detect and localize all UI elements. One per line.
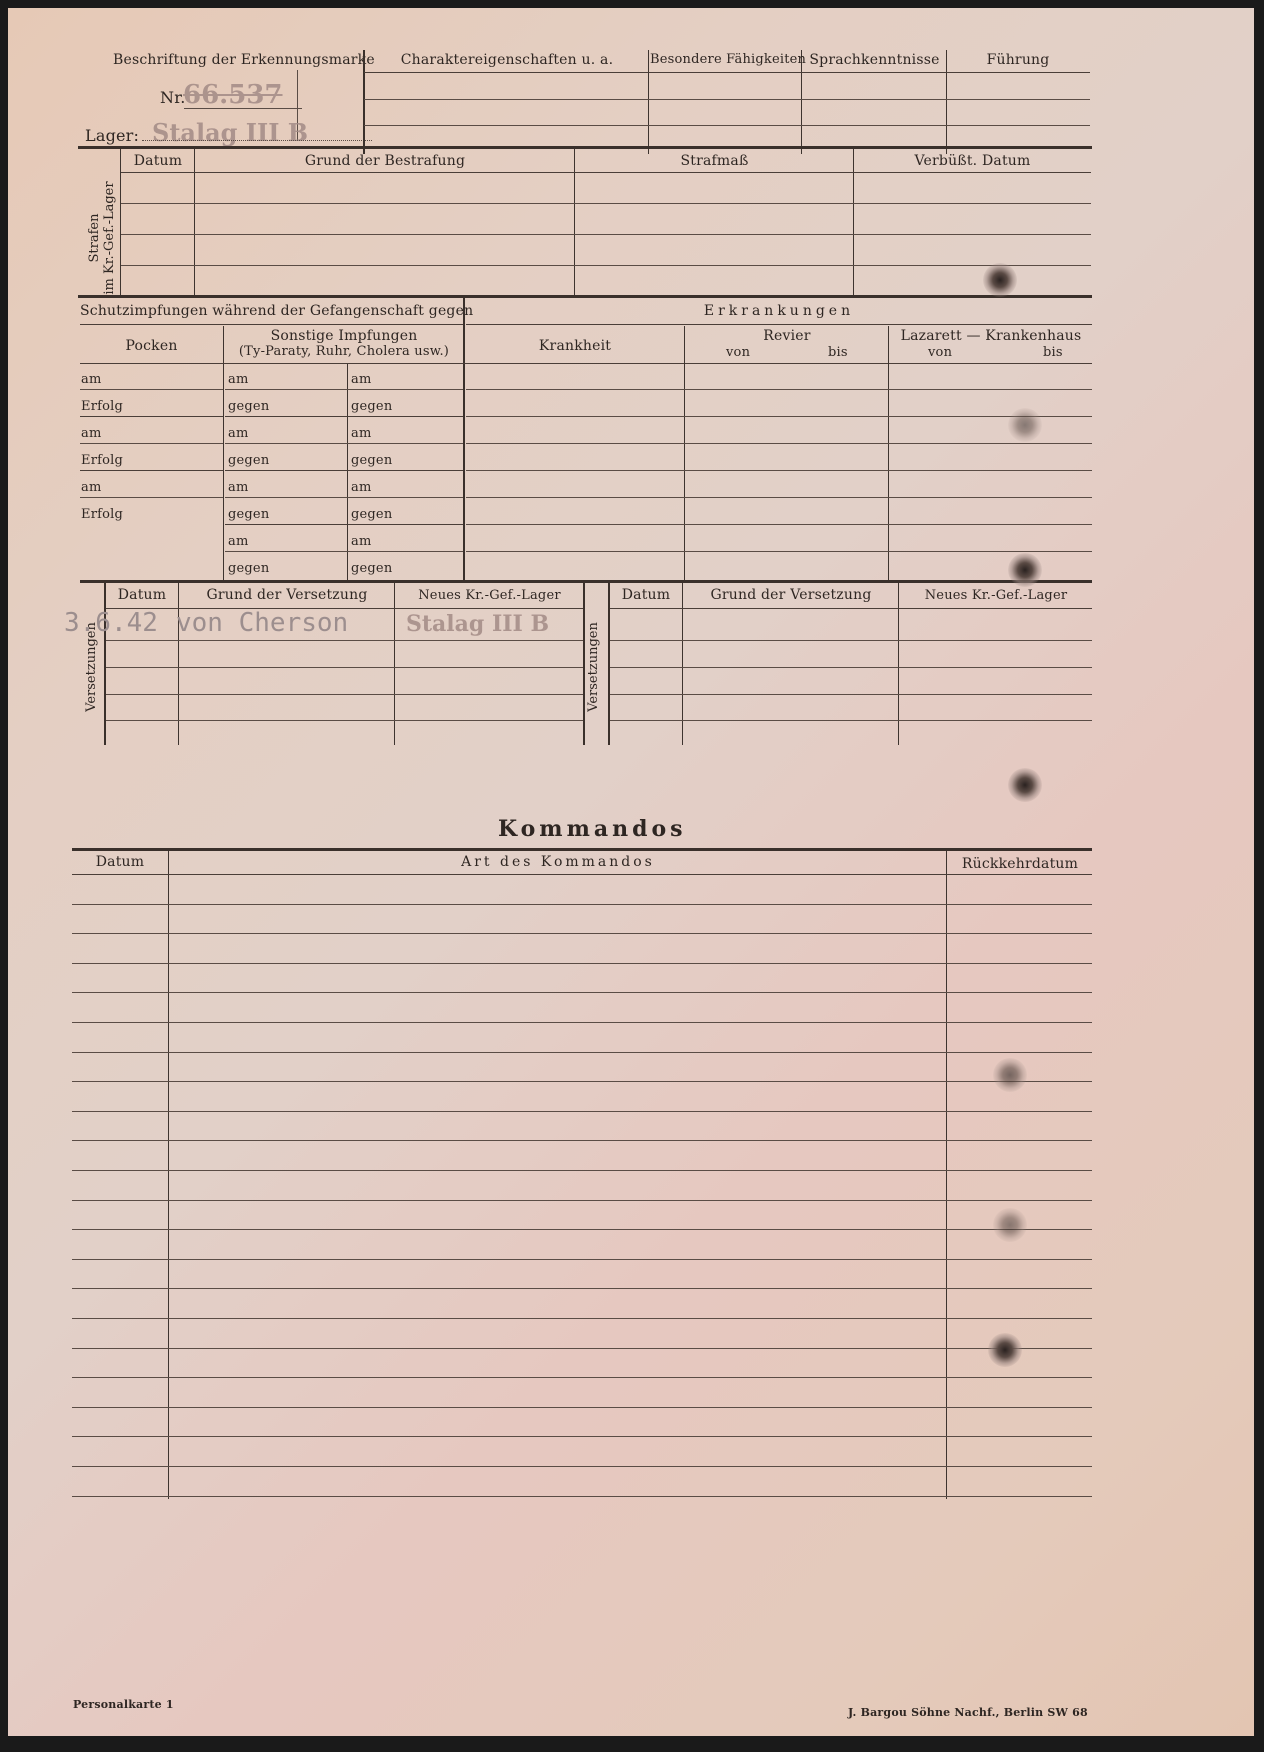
kommando-row-line	[72, 1377, 1092, 1378]
kommando-row-line	[72, 1229, 1092, 1230]
illness-title: Erkrankungen	[466, 303, 1092, 319]
kommando-row-line	[72, 1022, 1092, 1023]
punishments-side-label: Strafen im Kr.-Gef.-Lager	[87, 168, 119, 308]
nr-label: Nr.	[160, 88, 186, 107]
transfer-header-reason: Grund der Versetzung	[180, 587, 394, 603]
pocken-row: Erfolg	[81, 453, 123, 468]
transfer-camp[interactable]: Stalag III B	[406, 611, 549, 637]
tag-label: Beschriftung der Erkennungsmarke	[113, 52, 375, 68]
vacc-b-row: gegen	[351, 561, 392, 576]
vacc-b-row: am	[351, 426, 371, 441]
section-rule	[72, 848, 1092, 851]
row-line	[106, 694, 583, 695]
kommando-header-datum: Datum	[72, 854, 168, 870]
divider	[347, 364, 348, 580]
row-line	[225, 443, 463, 444]
header-abilities: Besondere Fähigkeiten	[650, 52, 801, 67]
row-line	[466, 551, 1092, 552]
divider	[946, 851, 947, 1499]
pocken-row: Erfolg	[81, 399, 123, 414]
row-line	[80, 389, 223, 390]
header-character: Charaktereigenschaften u. a.	[366, 52, 648, 68]
pocken-row: Erfolg	[81, 507, 123, 522]
vacc-b-row: gegen	[351, 507, 392, 522]
vacc-a-row: am	[228, 480, 248, 495]
pocken-row: am	[81, 372, 101, 387]
row-line	[225, 551, 463, 552]
punch-hole	[988, 1333, 1022, 1367]
header-reason: Grund der Bestrafung	[196, 153, 574, 169]
section-rule	[80, 580, 1092, 583]
row-line	[80, 443, 223, 444]
section-rule	[78, 146, 1092, 149]
transfer-header-reason: Grund der Versetzung	[684, 587, 898, 603]
infirmary-from: von	[726, 345, 750, 360]
kommando-row-line	[72, 1200, 1092, 1201]
row-line	[121, 265, 1091, 266]
transfer-reason[interactable]: von Cherson	[176, 608, 348, 638]
nr-underline	[184, 108, 302, 109]
printer-imprint: J. Bargou Söhne Nachf., Berlin SW 68	[848, 1706, 1088, 1719]
kommando-row-line	[72, 1081, 1092, 1082]
kommando-row-line	[72, 904, 1092, 905]
lager-value[interactable]: Stalag III B	[152, 118, 308, 147]
row-line	[225, 497, 463, 498]
kommando-row-line	[72, 1259, 1092, 1260]
lager-label: Lager:	[85, 126, 139, 145]
header-penalty: Strafmaß	[576, 153, 853, 169]
punch-hole	[983, 263, 1017, 297]
vacc-a-row: gegen	[228, 507, 269, 522]
kommando-row-line	[72, 1318, 1092, 1319]
kommando-row-line	[72, 1496, 1092, 1497]
header-conduct: Führung	[948, 52, 1088, 68]
vacc-b-row: am	[351, 372, 371, 387]
row-line	[106, 667, 583, 668]
divider	[684, 326, 685, 580]
kommando-row-line	[72, 1436, 1092, 1437]
header-served: Verbüßt. Datum	[855, 153, 1090, 169]
punch-hole	[1008, 408, 1042, 442]
divider	[168, 851, 169, 1499]
row-line	[610, 694, 1092, 695]
row-line	[106, 720, 583, 721]
divider	[223, 326, 224, 580]
punch-hole	[1008, 553, 1042, 587]
infirmary-to: bis	[828, 345, 848, 360]
row-line	[225, 389, 463, 390]
header-languages: Sprachkenntnisse	[803, 52, 946, 68]
form-name: Personalkarte 1	[73, 1698, 174, 1711]
pocken-row: am	[81, 426, 101, 441]
row-line	[80, 470, 223, 471]
row-line	[466, 524, 1092, 525]
row-line	[80, 416, 223, 417]
transfer-date[interactable]: 3.6.42	[64, 608, 158, 638]
vacc-b-row: gegen	[351, 453, 392, 468]
row-line	[225, 416, 463, 417]
kommandos-title: Kommandos	[498, 816, 687, 842]
kommando-row-line	[72, 1140, 1092, 1141]
header-line	[72, 874, 1092, 875]
row-line	[466, 497, 1092, 498]
divider	[888, 326, 889, 580]
row-line	[466, 416, 1092, 417]
row-line	[364, 99, 1090, 100]
nr-value[interactable]: 66.537	[183, 80, 283, 110]
punch-hole	[993, 1208, 1027, 1242]
kommando-row-line	[72, 1170, 1092, 1171]
row-line	[466, 443, 1092, 444]
header-illness: Krankheit	[466, 338, 684, 354]
header-other-vacc-sub: (Ty-Paraty, Ruhr, Cholera usw.)	[225, 344, 463, 359]
row-line	[610, 640, 1092, 641]
divider	[648, 50, 649, 154]
vacc-a-row: am	[228, 372, 248, 387]
kommando-row-line	[72, 1466, 1092, 1467]
header-line	[80, 363, 1092, 364]
divider	[463, 298, 465, 580]
row-line	[610, 720, 1092, 721]
hospital-to: bis	[1043, 345, 1063, 360]
header-infirmary: Revier	[686, 328, 888, 344]
transfer-header-camp: Neues Kr.-Gef.-Lager	[900, 588, 1092, 603]
header-datum: Datum	[122, 153, 194, 169]
row-line	[466, 389, 1092, 390]
row-line	[106, 640, 583, 641]
header-line	[121, 172, 1091, 173]
vacc-a-row: gegen	[228, 453, 269, 468]
divider	[583, 583, 585, 745]
punch-hole	[1008, 768, 1042, 802]
kommando-row-line	[72, 1407, 1092, 1408]
kommando-header-return: Rückkehrdatum	[948, 856, 1092, 872]
row-line	[466, 470, 1092, 471]
header-pocken: Pocken	[80, 338, 223, 354]
vacc-b-row: am	[351, 534, 371, 549]
row-line	[610, 667, 1092, 668]
transfer-header-camp: Neues Kr.-Gef.-Lager	[396, 588, 583, 603]
vaccination-title: Schutzimpfungen während der Gefangenscha…	[80, 303, 463, 319]
lager-underline	[142, 140, 372, 141]
hospital-from: von	[928, 345, 952, 360]
row-line	[364, 125, 1090, 126]
kommando-row-line	[72, 1348, 1092, 1349]
divider	[946, 50, 947, 154]
row-line	[121, 203, 1091, 204]
kommando-row-line	[72, 1288, 1092, 1289]
row-line	[121, 234, 1091, 235]
header-line	[610, 608, 1092, 609]
header-line	[466, 324, 1092, 325]
kommando-row-line	[72, 933, 1092, 934]
header-hospital: Lazarett — Krankenhaus	[890, 328, 1092, 344]
row-line	[80, 497, 223, 498]
kommando-row-line	[72, 1111, 1092, 1112]
pocken-row: am	[81, 480, 101, 495]
vacc-a-row: gegen	[228, 399, 269, 414]
transfer-header-datum: Datum	[610, 587, 682, 603]
vacc-a-row: am	[228, 534, 248, 549]
section-rule	[78, 295, 1092, 298]
transfers-side-label-right: Versetzungen	[586, 612, 604, 722]
kommando-header-type: Art des Kommandos	[170, 854, 946, 870]
transfer-header-datum: Datum	[106, 587, 178, 603]
divider	[363, 50, 365, 154]
row-line	[225, 470, 463, 471]
vacc-b-row: am	[351, 480, 371, 495]
personal-card: Beschriftung der Erkennungsmarke Nr. 66.…	[8, 8, 1254, 1736]
header-line	[80, 324, 463, 325]
kommando-row-line	[72, 1052, 1092, 1053]
vacc-a-row: gegen	[228, 561, 269, 576]
vacc-b-row: gegen	[351, 399, 392, 414]
kommando-row-line	[72, 992, 1092, 993]
header-other-vacc: Sonstige Impfungen	[225, 328, 463, 344]
row-line	[225, 524, 463, 525]
vacc-a-row: am	[228, 426, 248, 441]
kommando-row-line	[72, 963, 1092, 964]
row-line	[364, 72, 1090, 73]
punch-hole	[993, 1058, 1027, 1092]
